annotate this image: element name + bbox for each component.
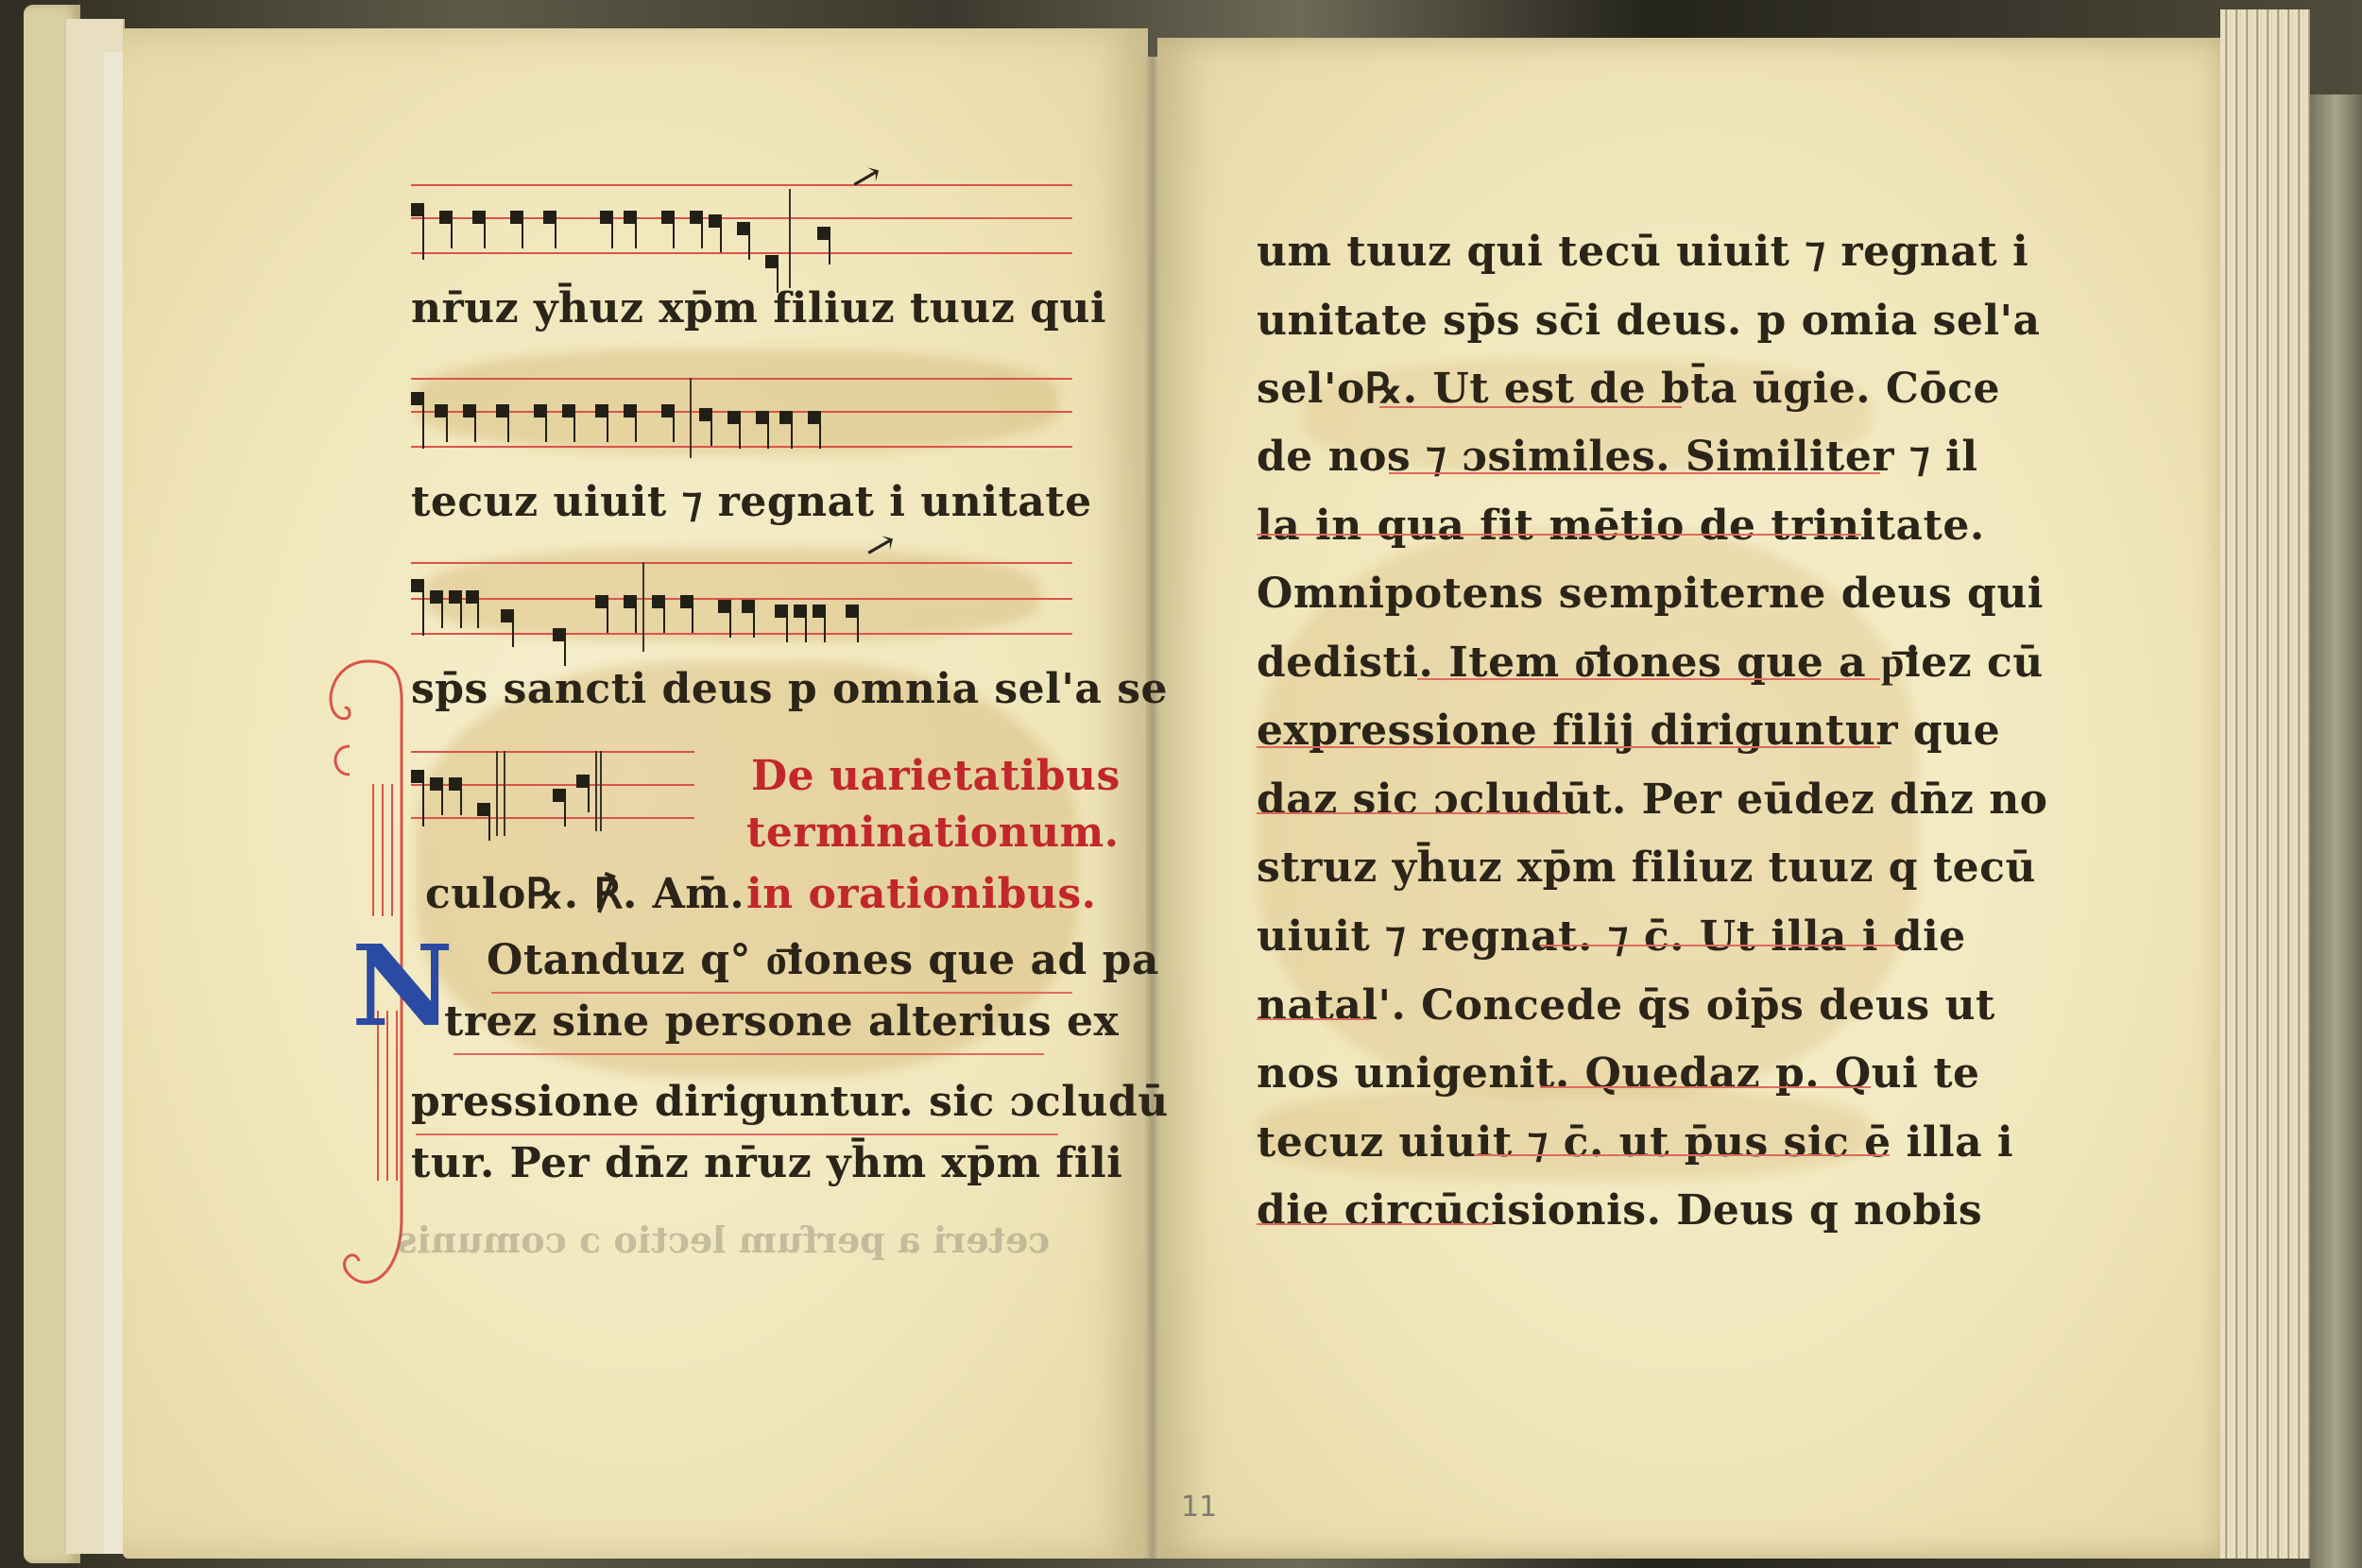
text-line: uiuit ⁊ regnat. ⁊ c̄. Ut illa i die bbox=[1257, 916, 1966, 958]
text-line: nr̄uz yh̄uz xp̄m filiuz tuuz qui bbox=[411, 288, 1106, 330]
text-line: la in qua fit mētio de trinitate. bbox=[1257, 505, 1985, 547]
rubric-line: terminationum. bbox=[746, 812, 1120, 854]
text-line: die circūcisionis. Deus q nobis bbox=[1257, 1190, 1982, 1232]
rubric-underline bbox=[1257, 1223, 1493, 1225]
rubric-underline bbox=[1474, 1154, 1890, 1156]
gutter-fold bbox=[1145, 57, 1160, 1559]
text-line: tecuz uiuit ⁊ c̄. ut p̄us sic ē illa i bbox=[1257, 1122, 2013, 1164]
music-staff-4 bbox=[411, 751, 694, 827]
text-line: um tuuz qui tecū uiuit ⁊ regnat i bbox=[1257, 231, 2028, 273]
folio-number: 11 bbox=[1181, 1491, 1217, 1524]
text-line: culo℞. ℟. Am̄. bbox=[425, 874, 745, 915]
rubric-underline bbox=[454, 1053, 1044, 1055]
rubric-underline bbox=[1257, 812, 1568, 814]
music-staff-2 bbox=[411, 378, 1072, 453]
text-line: sel'o℞. Ut est de bt̄a ūgie. Cōce bbox=[1257, 368, 2000, 410]
show-through-offset-text: ceteri a perfum lectio ɔ comunis bbox=[397, 1219, 1050, 1261]
text-line: tur. Per dn̄z nr̄uz yh̄m xp̄m fili bbox=[411, 1143, 1122, 1185]
rubric-underline bbox=[1540, 945, 1899, 946]
text-line: unitate sp̄s sc̄i deus. p omia sel'a bbox=[1257, 300, 2041, 342]
text-line: struz yh̄uz xp̄m filiuz tuuz q tecū bbox=[1257, 847, 2036, 889]
text-line: pressione diriguntur. sic ɔcludū bbox=[411, 1082, 1169, 1123]
rubric-underline bbox=[1379, 406, 1682, 408]
rubric-line: De uarietatibus bbox=[751, 756, 1121, 797]
rubric-underline bbox=[416, 1133, 1058, 1135]
text-line: tecuz uiuit ⁊ regnat i unitate bbox=[411, 482, 1092, 523]
text-line: daz sic ɔcludūt. Per eūdez dn̄z no bbox=[1257, 779, 2048, 821]
text-line: sp̄s sancti deus p omnia sel'a se bbox=[411, 669, 1168, 710]
rubric-underline bbox=[1540, 1086, 1871, 1088]
rubric-underline bbox=[1257, 534, 1861, 536]
rubric-underline bbox=[1389, 472, 1880, 474]
music-staff-1: ↗ bbox=[411, 184, 1072, 260]
text-line: trez sine persone alterius ex bbox=[444, 1001, 1119, 1043]
text-line: Otanduz q° o͞iones que ad pa bbox=[487, 940, 1159, 981]
text-line: nos unigenit. Quedaz p. Qui te bbox=[1257, 1053, 1980, 1095]
rubric-line: in orationibus. bbox=[746, 874, 1097, 915]
text-line: natal'. Concede q̄s oip̄s deus ut bbox=[1257, 985, 1995, 1027]
text-line: Omnipotens sempiterne deus qui bbox=[1257, 573, 2044, 615]
page-edges-stack bbox=[2220, 9, 2310, 1559]
rubric-underline bbox=[1257, 1018, 1370, 1020]
rubric-underline bbox=[1417, 678, 1880, 680]
decorated-initial-n: N bbox=[351, 930, 454, 1042]
rubric-underline bbox=[491, 992, 1072, 994]
music-staff-3: ↗ bbox=[411, 562, 1072, 638]
rubric-underline bbox=[1257, 746, 1880, 748]
book-cover-right-edge bbox=[2310, 94, 2362, 1568]
